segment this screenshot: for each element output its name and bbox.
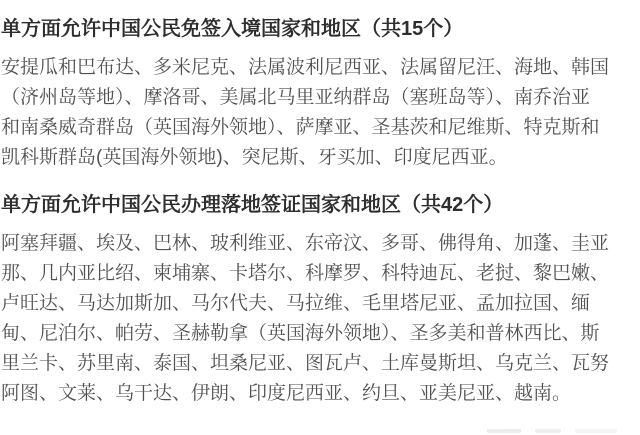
visa-on-arrival-country-list: 阿塞拜疆、埃及、巴林、玻利维亚、东帝汶、多哥、佛得角、加蓬、圭亚 那、几内亚比绍… [1, 229, 640, 409]
text-line: 卢旺达、马达加斯加、马尔代夫、马拉维、毛里塔尼亚、孟加拉国、缅 [1, 289, 640, 319]
text-line: 凯科斯群岛(英国海外领地)、突尼斯、牙买加、印度尼西亚。 [1, 143, 640, 173]
cropped-text-remnant [487, 429, 637, 435]
visa-free-section-heading: 单方面允许中国公民免签入境国家和地区（共15个） [1, 17, 640, 41]
visa-on-arrival-section: 单方面允许中国公民办理落地签证国家和地区（共42个） 阿塞拜疆、埃及、巴林、玻利… [1, 193, 640, 409]
visa-on-arrival-section-heading: 单方面允许中国公民办理落地签证国家和地区（共42个） [1, 193, 640, 217]
visa-free-section: 单方面允许中国公民免签入境国家和地区（共15个） 安提瓜和巴布达、多米尼克、法属… [1, 17, 640, 173]
text-line: 安提瓜和巴布达、多米尼克、法属波利尼西亚、法属留尼汪、海地、韩国 [1, 53, 640, 83]
text-line: 阿图、文莱、乌干达、伊朗、印度尼西亚、约旦、亚美尼亚、越南。 [1, 379, 640, 409]
cropped-text-mark [575, 429, 617, 433]
visa-free-country-list: 安提瓜和巴布达、多米尼克、法属波利尼西亚、法属留尼汪、海地、韩国 （济州岛等地）… [1, 53, 640, 173]
text-line: 阿塞拜疆、埃及、巴林、玻利维亚、东帝汶、多哥、佛得角、加蓬、圭亚 [1, 229, 640, 259]
text-line: 里兰卡、苏里南、泰国、坦桑尼亚、图瓦卢、土库曼斯坦、乌克兰、瓦努 [1, 349, 640, 379]
text-line: （济州岛等地）、摩洛哥、美属北马里亚纳群岛（塞班岛等）、南乔治亚 [1, 83, 640, 113]
text-line: 和南桑威奇群岛（英国海外领地）、萨摩亚、圣基茨和尼维斯、特克斯和 [1, 113, 640, 143]
text-line: 那、几内亚比绍、柬埔寨、卡塔尔、科摩罗、科特迪瓦、老挝、黎巴嫩、 [1, 259, 640, 289]
text-line: 甸、尼泊尔、帕劳、圣赫勒拿（英国海外领地）、圣多美和普林西比、斯 [1, 319, 640, 349]
cropped-text-mark [535, 429, 561, 433]
article-text-page: 单方面允许中国公民免签入境国家和地区（共15个） 安提瓜和巴布达、多米尼克、法属… [0, 0, 640, 435]
cropped-text-mark [487, 429, 521, 433]
